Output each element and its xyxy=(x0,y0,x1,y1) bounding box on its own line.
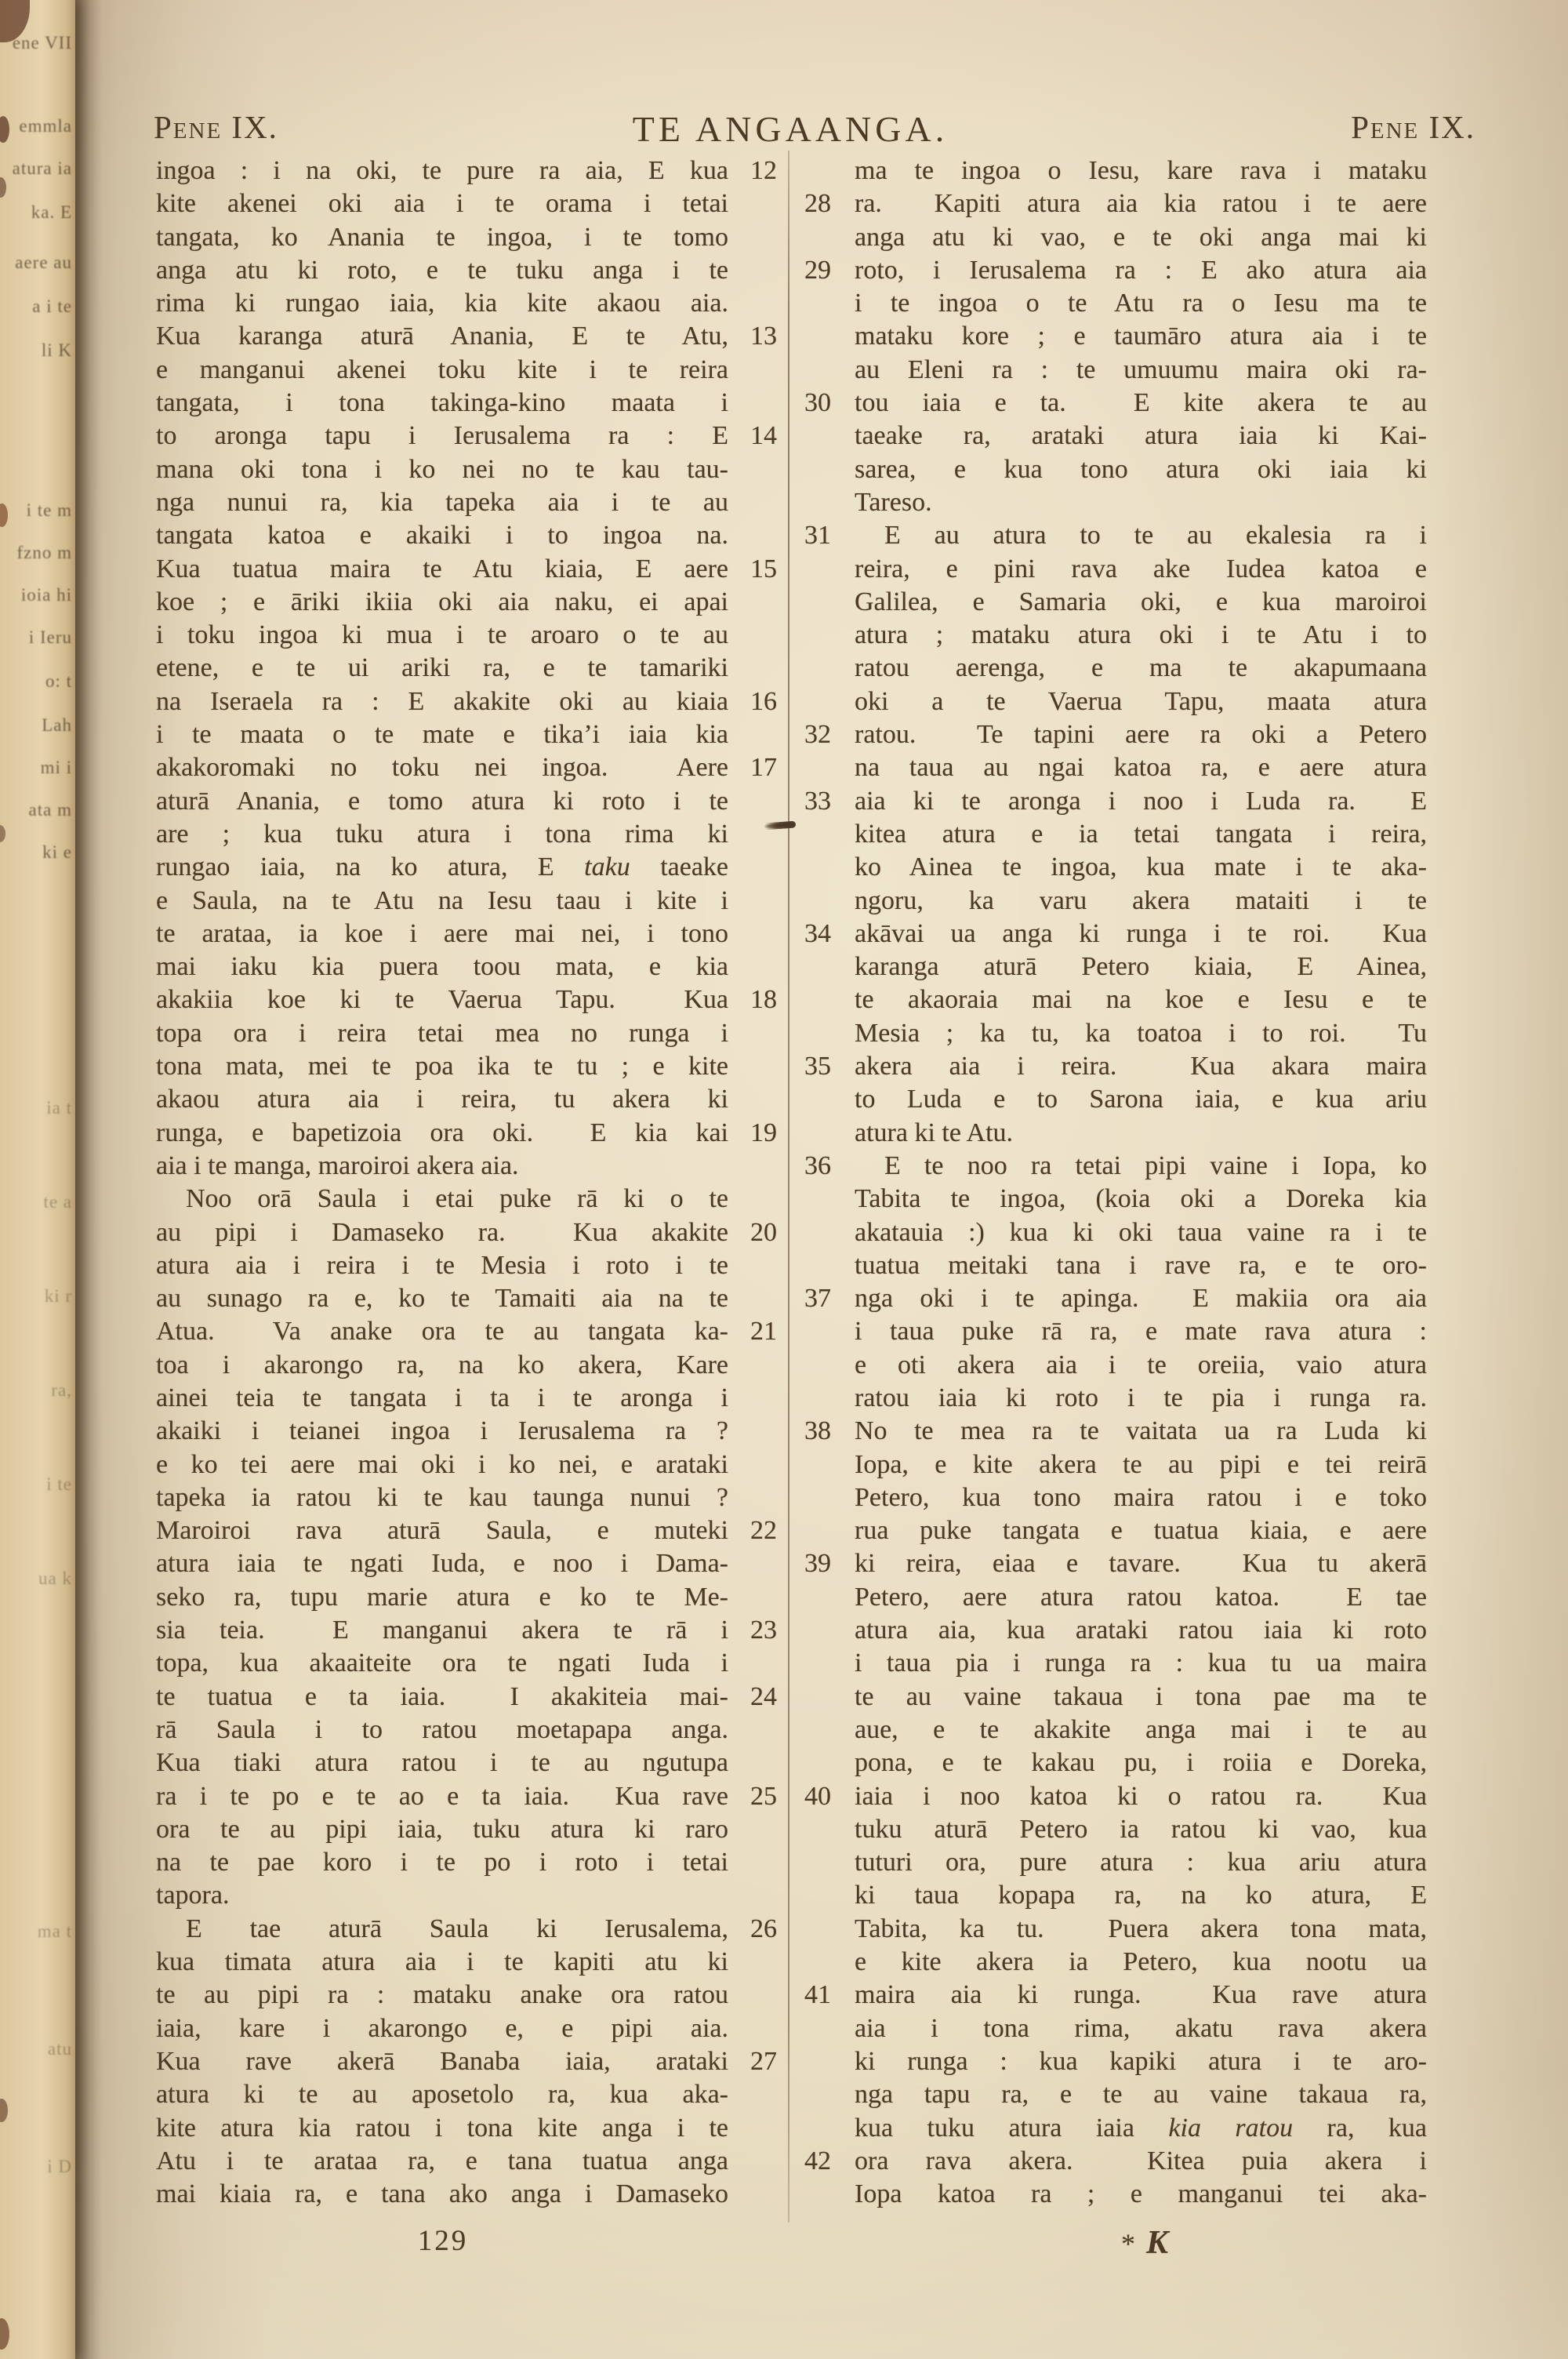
verse-text: aia ki te aronga i noo i Luda ra. E xyxy=(855,785,1427,818)
verse-number xyxy=(804,586,855,619)
gutter-text-fragment: Lah xyxy=(42,715,72,736)
verse-number xyxy=(804,983,855,1016)
verse-line: sarea, e kua tono atura oki iaia ki xyxy=(804,453,1430,486)
text-column-right: ma te ingoa o Iesu, kare rava i mataku28… xyxy=(804,154,1430,2211)
verse-number xyxy=(728,1249,777,1282)
verse-text: te arataa, ia koe i aere mai nei, i tono xyxy=(156,918,728,951)
verse-line: reira, e pini rava ake Iudea katoa e xyxy=(804,553,1430,586)
verse-line: Tabita, ka tu. Puera akera tona mata, xyxy=(804,1913,1430,1946)
verse-number: 38 xyxy=(804,1415,855,1448)
verse-line: tapora. xyxy=(156,1879,777,1912)
verse-text: tapora. xyxy=(156,1879,728,1912)
verse-text: au Eleni ra : te umuumu maira oki ra- xyxy=(855,354,1427,387)
verse-line: mai kiaia ra, e tana ako anga i Damaseko xyxy=(156,2178,777,2211)
verse-line: te tuatua e ta iaia. I akakiteia mai-24 xyxy=(156,1681,777,1714)
verse-number xyxy=(728,1647,777,1680)
verse-number xyxy=(804,420,855,453)
gutter-text-fragment: mi i xyxy=(41,758,72,778)
verse-text: Noo orā Saula i etai puke rā ki o te xyxy=(156,1183,728,1216)
verse-number xyxy=(728,1083,777,1116)
binding-speck xyxy=(0,177,6,198)
verse-number xyxy=(728,1946,777,1979)
binding-speck xyxy=(0,2099,8,2122)
verse-line: 29roto, i Ierusalema ra : E ako atura ai… xyxy=(804,254,1430,287)
verse-text: E te noo ra tetai pipi vaine i Iopa, ko xyxy=(855,1150,1427,1183)
verse-number xyxy=(728,1879,777,1912)
verse-line: 40iaia i noo katoa ki o ratou ra. Kua xyxy=(804,1780,1430,1813)
verse-number xyxy=(728,187,777,220)
verse-line: ki runga : kua kapiki atura i te aro- xyxy=(804,2045,1430,2078)
verse-number xyxy=(804,486,855,519)
verse-line: na taua au ngai katoa ra, e aere atura xyxy=(804,751,1430,784)
verse-number xyxy=(728,453,777,486)
verse-line: rua puke tangata e tuatua kiaia, e aere xyxy=(804,1514,1430,1547)
verse-number: 14 xyxy=(728,420,777,453)
verse-line: Iopa katoa ra ; e manganui tei aka- xyxy=(804,2178,1430,2211)
verse-number xyxy=(728,287,777,320)
verse-text: tuatua meitaki tana i rave ra, e te oro- xyxy=(855,1249,1427,1282)
verse-number xyxy=(728,519,777,552)
verse-text: Tareso. xyxy=(855,486,1427,519)
verse-line: ainei teia te tangata i ta i te aronga i xyxy=(156,1382,777,1415)
verse-line: aia i te manga, maroiroi akera aia. xyxy=(156,1150,777,1183)
verse-number: 29 xyxy=(804,254,855,287)
verse-line: pona, e te kakau pu, i roiia e Doreka, xyxy=(804,1747,1430,1779)
verse-text: topa ora i reira tetai mea no runga i xyxy=(156,1017,728,1050)
verse-text: i taua puke rā ra, e mate rava atura : xyxy=(855,1315,1427,1348)
verse-line: 36E te noo ra tetai pipi vaine i Iopa, k… xyxy=(804,1150,1430,1183)
verse-number xyxy=(728,1979,777,2012)
verse-text: ratou aerenga, e ma te akapumaana xyxy=(855,652,1427,685)
verse-text: Mesia ; ka tu, ka toatoa i to roi. Tu xyxy=(855,1017,1427,1050)
verse-line: kite atura kia ratou i tona kite anga i … xyxy=(156,2112,777,2145)
verse-number: 13 xyxy=(728,320,777,353)
verse-number xyxy=(728,1150,777,1183)
gutter-text-fragment: aere au xyxy=(15,253,72,273)
verse-line: ma te ingoa o Iesu, kare rava i mataku xyxy=(804,154,1430,187)
binding-speck xyxy=(0,2318,9,2350)
verse-text: Kua karanga aturā Anania, E te Atu, xyxy=(156,320,728,353)
verse-number xyxy=(728,354,777,387)
verse-text: atura ki te Atu. xyxy=(855,1117,1427,1150)
verse-line: tuturi ora, pure atura : kua ariu atura xyxy=(804,1846,1430,1879)
verse-number xyxy=(728,2145,777,2178)
verse-line: Iopa, e kite akera te au pipi e tei reir… xyxy=(804,1448,1430,1481)
verse-text: akaiki i teianei ingoa i Ierusalema ra ? xyxy=(156,1415,728,1448)
verse-number xyxy=(804,2178,855,2211)
verse-line: nga tapu ra, e te au vaine takaua ra, xyxy=(804,2078,1430,2111)
verse-number xyxy=(728,1448,777,1481)
verse-text: akatauia :) kua ki oki taua vaine ra i t… xyxy=(855,1216,1427,1249)
verse-text: te au pipi ra : mataku anake ora ratou xyxy=(156,1979,728,2012)
verse-text: atura ki te au aposetolo ra, kua aka- xyxy=(156,2078,728,2111)
verse-number xyxy=(728,619,777,652)
verse-number: 41 xyxy=(804,1979,855,2012)
verse-line: atura ki te Atu. xyxy=(804,1117,1430,1150)
verse-line: kua tuku atura iaia kia ratou ra, kua xyxy=(804,2112,1430,2145)
verse-text: au pipi i Damaseko ra. Kua akakite xyxy=(156,1216,728,1249)
verse-number xyxy=(728,652,777,685)
gutter-text-fragment: a i te xyxy=(32,296,72,317)
verse-number xyxy=(804,1514,855,1547)
verse-text: atura aia i reira i te Mesia i roto i te xyxy=(156,1249,728,1282)
verse-line: to Luda e to Sarona iaia, e kua ariu xyxy=(804,1083,1430,1116)
verse-line: e kite akera ia Petero, kua nootu ua xyxy=(804,1946,1430,1979)
verse-text: etene, e te ui ariki ra, e te tamariki xyxy=(156,652,728,685)
verse-text: te au vaine takaua i tona pae ma te xyxy=(855,1681,1427,1714)
verse-number: 25 xyxy=(728,1780,777,1813)
verse-text: sarea, e kua tono atura oki iaia ki xyxy=(855,453,1427,486)
verse-text: i te maata o te mate e tika’i iaia kia xyxy=(156,718,728,751)
verse-number xyxy=(804,2112,855,2145)
verse-number xyxy=(728,1282,777,1315)
verse-line: Atua. Va anake ora te au tangata ka-21 xyxy=(156,1315,777,1348)
verse-line: mana oki tona i ko nei no te kau tau- xyxy=(156,453,777,486)
verse-line: tangata, ko Anania te ingoa, i te tomo xyxy=(156,221,777,254)
verse-number xyxy=(804,1813,855,1846)
verse-line: 37nga oki i te apinga. E makiia ora aia xyxy=(804,1282,1430,1315)
verse-number: 30 xyxy=(804,387,855,420)
verse-number xyxy=(804,1083,855,1116)
verse-text: na taua au ngai katoa ra, e aere atura xyxy=(855,751,1427,784)
verse-text: aturā Anania, e tomo atura ki roto i te xyxy=(156,785,728,818)
gutter-text-fragment: li K xyxy=(42,340,72,361)
verse-number: 19 xyxy=(728,1117,777,1150)
gutter-text-fragment: i te xyxy=(46,1474,72,1495)
verse-text: roto, i Ierusalema ra : E ako atura aia xyxy=(855,254,1427,287)
verse-number xyxy=(804,1017,855,1050)
verse-number xyxy=(804,320,855,353)
verse-text: mana oki tona i ko nei no te kau tau- xyxy=(156,453,728,486)
verse-number xyxy=(804,1647,855,1680)
verse-number xyxy=(728,1481,777,1514)
verse-line: tangata, i tona takinga-kino maata i xyxy=(156,387,777,420)
verse-text: na Iseraela ra : E akakite oki au kiaia xyxy=(156,685,728,718)
previous-page-edge: ene VIIemmlaatura iaka. Eaere aua i teli… xyxy=(0,0,75,2359)
verse-text: e kite akera ia Petero, kua nootu ua xyxy=(855,1946,1427,1979)
verse-number: 21 xyxy=(728,1315,777,1348)
verse-line: e oti akera aia i te oreiia, vaio atura xyxy=(804,1349,1430,1382)
gutter-text-fragment: ki r xyxy=(45,1286,72,1307)
verse-number xyxy=(804,1714,855,1747)
book-title: TE ANGAANGA. xyxy=(633,108,948,150)
verse-number xyxy=(804,1913,855,1946)
verse-text: iaia, kare i akarongo e, e pipi aia. xyxy=(156,2012,728,2045)
verse-line: Petero, kua tono maira ratou i e toko xyxy=(804,1481,1430,1514)
verse-text: ki reira, eiaa e tavare. Kua tu akerā xyxy=(855,1547,1427,1580)
verse-line: kua timata atura aia i te kapiti atu ki xyxy=(156,1946,777,1979)
verse-number xyxy=(804,818,855,851)
gutter-crease xyxy=(75,0,102,2359)
verse-text: Petero, aere atura ratou katoa. E tae xyxy=(855,1581,1427,1614)
verse-number xyxy=(728,1714,777,1747)
verse-text: ainei teia te tangata i ta i te aronga i xyxy=(156,1382,728,1415)
verse-number: 36 xyxy=(804,1150,855,1183)
gutter-text-fragment: emmla xyxy=(19,116,72,136)
verse-text: ki runga : kua kapiki atura i te aro- xyxy=(855,2045,1427,2078)
verse-line: anga atu ki roto, e te tuku anga i te xyxy=(156,254,777,287)
verse-number xyxy=(728,851,777,884)
verse-text: tou iaia e ta. E kite akera te au xyxy=(855,387,1427,420)
verse-text: ra. Kapiti atura aia kia ratou i te aere xyxy=(855,187,1427,220)
verse-line: akakoromaki no toku nei ingoa. Aere17 xyxy=(156,751,777,784)
verse-text: iaia i noo katoa ki o ratou ra. Kua xyxy=(855,1780,1427,1813)
verse-number: 27 xyxy=(728,2045,777,2078)
verse-line: Tabita te ingoa, (koia oki a Doreka kia xyxy=(804,1183,1430,1216)
verse-text: atura ; mataku atura oki i te Atu i to xyxy=(855,619,1427,652)
verse-line: au Eleni ra : te umuumu maira oki ra- xyxy=(804,354,1430,387)
verse-number: 16 xyxy=(728,685,777,718)
verse-text: toa i akarongo ra, na ko akera, Kare xyxy=(156,1349,728,1382)
verse-line: e Saula, na te Atu na Iesu taau i kite i xyxy=(156,885,777,918)
verse-line: i toku ingoa ki mua i te aroaro o te au xyxy=(156,619,777,652)
verse-number: 20 xyxy=(728,1216,777,1249)
verse-number xyxy=(728,586,777,619)
verse-text: ma te ingoa o Iesu, kare rava i mataku xyxy=(855,154,1427,187)
signature-letter: K xyxy=(1146,2225,1168,2261)
binding-speck xyxy=(0,116,9,143)
gutter-text-fragment: ioia hi xyxy=(21,585,72,605)
verse-text: Petero, kua tono maira ratou i e toko xyxy=(855,1481,1427,1514)
verse-number xyxy=(728,1050,777,1083)
verse-line: ora te au pipi iaia, tuku atura ki raro xyxy=(156,1813,777,1846)
verse-text: kite atura kia ratou i tona kite anga i … xyxy=(156,2112,728,2145)
verse-text: pona, e te kakau pu, i roiia e Doreka, xyxy=(855,1747,1427,1779)
verse-number xyxy=(728,2078,777,2111)
verse-line: nga nunui ra, kia tapeka aia i te au xyxy=(156,486,777,519)
verse-text: ko Ainea te ingoa, kua mate i te aka- xyxy=(855,851,1427,884)
verse-line: 34akāvai ua anga ki runga i te roi. Kua xyxy=(804,918,1430,951)
verse-number xyxy=(804,619,855,652)
verse-number xyxy=(804,1846,855,1879)
verse-text: kua tuku atura iaia kia ratou ra, kua xyxy=(855,2112,1427,2145)
verse-number xyxy=(728,254,777,287)
verse-line: Mesia ; ka tu, ka toatoa i to roi. Tu xyxy=(804,1017,1430,1050)
verse-number xyxy=(804,1382,855,1415)
verse-number xyxy=(804,553,855,586)
gutter-text-fragment: ua k xyxy=(38,1568,72,1589)
verse-number xyxy=(804,354,855,387)
verse-text: oki a te Vaerua Tapu, maata atura xyxy=(855,685,1427,718)
verse-text: ora te au pipi iaia, tuku atura ki raro xyxy=(156,1813,728,1846)
verse-line: akatauia :) kua ki oki taua vaine ra i t… xyxy=(804,1216,1430,1249)
verse-text: atura aia, kua arataki ratou iaia ki rot… xyxy=(855,1614,1427,1647)
verse-number: 31 xyxy=(804,519,855,552)
binding-speck xyxy=(0,825,5,842)
verse-line: kitea atura e ia tetai tangata i reira, xyxy=(804,818,1430,851)
verse-line: 41maira aia ki runga. Kua rave atura xyxy=(804,1979,1430,2012)
verse-number xyxy=(804,1879,855,1912)
verse-number: 39 xyxy=(804,1547,855,1580)
verse-text: tangata, i tona takinga-kino maata i xyxy=(156,387,728,420)
verse-line: rungao iaia, na ko atura, E taku taeake xyxy=(156,851,777,884)
verse-text: i taua pia i runga ra : kua tu ua maira xyxy=(855,1647,1427,1680)
gutter-text-fragment: o: t xyxy=(45,671,72,692)
verse-text: ratou. Te tapini aere ra oki a Petero xyxy=(855,718,1427,751)
verse-number xyxy=(804,1117,855,1150)
verse-line: e manganui akenei toku kite i te reira xyxy=(156,354,777,387)
verse-number: 40 xyxy=(804,1780,855,1813)
verse-line: i te ingoa o te Atu ra o Iesu ma te xyxy=(804,287,1430,320)
verse-number xyxy=(728,1415,777,1448)
verse-text: ki taua kopapa ra, na ko atura, E xyxy=(855,1879,1427,1912)
gutter-text-fragment: ki e xyxy=(42,842,72,863)
gutter-text-fragment: te a xyxy=(43,1192,72,1212)
verse-number: 37 xyxy=(804,1282,855,1315)
verse-line: i te maata o te mate e tika’i iaia kia xyxy=(156,718,777,751)
verse-line: na Iseraela ra : E akakite oki au kiaia1… xyxy=(156,685,777,718)
verse-number xyxy=(728,1017,777,1050)
verse-text: E tae aturā Saula ki Ierusalema, xyxy=(156,1913,728,1946)
verse-text: Tabita te ingoa, (koia oki a Doreka kia xyxy=(855,1183,1427,1216)
verse-line: Galilea, e Samaria oki, e kua maroiroi xyxy=(804,586,1430,619)
verse-line: au sunago ra e, ko te Tamaiti aia na te xyxy=(156,1282,777,1315)
verse-line: aia i tona rima, akatu rava akera xyxy=(804,2012,1430,2045)
verse-text: anga atu ki vao, e te oki anga mai ki xyxy=(855,221,1427,254)
verse-text: Atua. Va anake ora te au tangata ka- xyxy=(156,1315,728,1348)
verse-number: 33 xyxy=(804,785,855,818)
verse-number: 35 xyxy=(804,1050,855,1083)
verse-number xyxy=(804,2078,855,2111)
verse-line: te au pipi ra : mataku anake ora ratou xyxy=(156,1979,777,2012)
verse-number xyxy=(804,2012,855,2045)
gutter-text-fragment: ene VII xyxy=(13,33,72,53)
verse-text: tuturi ora, pure atura : kua ariu atura xyxy=(855,1846,1427,1879)
verse-line: aturā Anania, e tomo atura ki roto i te xyxy=(156,785,777,818)
verse-text: akaou atura aia i reira, tu akera ki xyxy=(156,1083,728,1116)
verse-line: 42ora rava akera. Kitea puia akera i xyxy=(804,2145,1430,2178)
page-number: 129 xyxy=(418,2224,469,2258)
verse-number xyxy=(728,2112,777,2145)
verse-number xyxy=(804,652,855,685)
verse-number xyxy=(728,1547,777,1580)
verse-line: na te pae koro i te po i roto i tetai xyxy=(156,1846,777,1879)
verse-line: ra i te po e te ao e ta iaia. Kua rave25 xyxy=(156,1780,777,1813)
verse-text: Kua tiaki atura ratou i te au ngutupa xyxy=(156,1747,728,1779)
verse-line: toa i akarongo ra, na ko akera, Kare xyxy=(156,1349,777,1382)
verse-text: tona mata, mei te poa ika te tu ; e kite xyxy=(156,1050,728,1083)
verse-text: ingoa : i na oki, te pure ra aia, E kua xyxy=(156,154,728,187)
verse-number xyxy=(804,1315,855,1348)
verse-text: nga tapu ra, e te au vaine takaua ra, xyxy=(855,2078,1427,2111)
verse-text: reira, e pini rava ake Iudea katoa e xyxy=(855,553,1427,586)
verse-line: 28ra. Kapiti atura aia kia ratou i te ae… xyxy=(804,187,1430,220)
verse-line: te au vaine takaua i tona pae ma te xyxy=(804,1681,1430,1714)
verse-line: anga atu ki vao, e te oki anga mai ki xyxy=(804,221,1430,254)
verse-text: ngoru, ka varu akera mataiti i te xyxy=(855,885,1427,918)
verse-line: Petero, aere atura ratou katoa. E tae xyxy=(804,1581,1430,1614)
verse-number: 28 xyxy=(804,187,855,220)
verse-number xyxy=(804,1349,855,1382)
verse-line: atura iaia te ngati Iuda, e noo i Dama- xyxy=(156,1547,777,1580)
verse-number: 23 xyxy=(728,1614,777,1647)
verse-line: karanga aturā Petero kiaia, E Ainea, xyxy=(804,951,1430,983)
verse-line: topa, kua akaaiteite ora te ngati Iuda i xyxy=(156,1647,777,1680)
verse-line: sia teia. E manganui akera te rā i23 xyxy=(156,1614,777,1647)
verse-line: Maroiroi rava aturā Saula, e muteki22 xyxy=(156,1514,777,1547)
verse-line: E tae aturā Saula ki Ierusalema,26 xyxy=(156,1913,777,1946)
verse-line: mai iaku kia puera toou mata, e kia xyxy=(156,951,777,983)
verse-number xyxy=(728,2178,777,2211)
verse-line: Kua tuatua maira te Atu kiaia, E aere15 xyxy=(156,553,777,586)
verse-text: tapeka ia ratou ki te kau taunga nunui ? xyxy=(156,1481,728,1514)
verse-text: atura iaia te ngati Iuda, e noo i Dama- xyxy=(156,1547,728,1580)
verse-text: Galilea, e Samaria oki, e kua maroiroi xyxy=(855,586,1427,619)
verse-text: kitea atura e ia tetai tangata i reira, xyxy=(855,818,1427,851)
verse-line: akaiki i teianei ingoa i Ierusalema ra ? xyxy=(156,1415,777,1448)
verse-line: au pipi i Damaseko ra. Kua akakite20 xyxy=(156,1216,777,1249)
verse-number xyxy=(728,221,777,254)
gutter-text-fragment: atura ia xyxy=(13,158,72,179)
verse-line: 39ki reira, eiaa e tavare. Kua tu akerā xyxy=(804,1547,1430,1580)
verse-line: to aronga tapu i Ierusalema ra : E14 xyxy=(156,420,777,453)
verse-text: akāvai ua anga ki runga i te roi. Kua xyxy=(855,918,1427,951)
verse-number xyxy=(728,1813,777,1846)
verse-line: akaou atura aia i reira, tu akera ki xyxy=(156,1083,777,1116)
verse-text: ora rava akera. Kitea puia akera i xyxy=(855,2145,1427,2178)
verse-text: e oti akera aia i te oreiia, vaio atura xyxy=(855,1349,1427,1382)
verse-number xyxy=(804,851,855,884)
verse-text: akakiia koe ki te Vaerua Tapu. Kua xyxy=(156,983,728,1016)
verse-text: Kua rave akerā Banaba iaia, arataki xyxy=(156,2045,728,2078)
verse-text: to aronga tapu i Ierusalema ra : E xyxy=(156,420,728,453)
verse-text: seko ra, tupu marie atura e ko te Me- xyxy=(156,1581,728,1614)
verse-line: Kua tiaki atura ratou i te au ngutupa xyxy=(156,1747,777,1779)
verse-line: tona mata, mei te poa ika te tu ; e kite xyxy=(156,1050,777,1083)
verse-text: karanga aturā Petero kiaia, E Ainea, xyxy=(855,951,1427,983)
verse-line: tapeka ia ratou ki te kau taunga nunui ? xyxy=(156,1481,777,1514)
verse-number xyxy=(728,1581,777,1614)
verse-number xyxy=(728,1183,777,1216)
verse-text: au sunago ra e, ko te Tamaiti aia na te xyxy=(156,1282,728,1315)
verse-text: ratou iaia ki roto i te pia i runga ra. xyxy=(855,1382,1427,1415)
verse-number xyxy=(728,1349,777,1382)
verse-line: atura ki te au aposetolo ra, kua aka- xyxy=(156,2078,777,2111)
verse-number: 18 xyxy=(728,983,777,1016)
verse-number xyxy=(804,1183,855,1216)
verse-text: to Luda e to Sarona iaia, e kua ariu xyxy=(855,1083,1427,1116)
verse-text: tangata, ko Anania te ingoa, i te tomo xyxy=(156,221,728,254)
verse-line: rima ki rungao iaia, kia kite akaou aia. xyxy=(156,287,777,320)
verse-text: Atu i te arataa ra, e tana tuatua anga xyxy=(156,2145,728,2178)
verse-number xyxy=(804,751,855,784)
verse-line: koe ; e āriki ikiia oki aia naku, ei apa… xyxy=(156,586,777,619)
verse-text: anga atu ki roto, e te tuku anga i te xyxy=(156,254,728,287)
verse-text: kite akenei oki aia i te orama i tetai xyxy=(156,187,728,220)
verse-text: na te pae koro i te po i roto i tetai xyxy=(156,1846,728,1879)
verse-text: rua puke tangata e tuatua kiaia, e aere xyxy=(855,1514,1427,1547)
running-head-right: Pene IX. xyxy=(1351,108,1475,146)
verse-text: topa, kua akaaiteite ora te ngati Iuda i xyxy=(156,1647,728,1680)
verse-line: 38No te mea ra te vaitata ua ra Luda ki xyxy=(804,1415,1430,1448)
verse-number xyxy=(804,685,855,718)
verse-line: 31E au atura to te au ekalesia ra i xyxy=(804,519,1430,552)
verse-line: akakiia koe ki te Vaerua Tapu. Kua18 xyxy=(156,983,777,1016)
verse-line: kite akenei oki aia i te orama i tetai xyxy=(156,187,777,220)
verse-line: aue, e te akakite anga mai i te au xyxy=(804,1714,1430,1747)
verse-text: e Saula, na te Atu na Iesu taau i kite i xyxy=(156,885,728,918)
verse-line: e ko tei aere mai oki i ko nei, e aratak… xyxy=(156,1448,777,1481)
verse-text: akera aia i reira. Kua akara maira xyxy=(855,1050,1427,1083)
verse-text: are ; kua tuku atura i tona rima ki xyxy=(156,818,728,851)
verse-text: i toku ingoa ki mua i te aroaro o te au xyxy=(156,619,728,652)
verse-text: aia i te manga, maroiroi akera aia. xyxy=(156,1150,728,1183)
verse-text: rima ki rungao iaia, kia kite akaou aia. xyxy=(156,287,728,320)
verse-text: Iopa katoa ra ; e manganui tei aka- xyxy=(855,2178,1427,2211)
verse-text: aue, e te akakite anga mai i te au xyxy=(855,1714,1427,1747)
verse-text: taeake ra, arataki atura iaia ki Kai- xyxy=(855,420,1427,453)
verse-text: Tabita, ka tu. Puera akera tona mata, xyxy=(855,1913,1427,1946)
